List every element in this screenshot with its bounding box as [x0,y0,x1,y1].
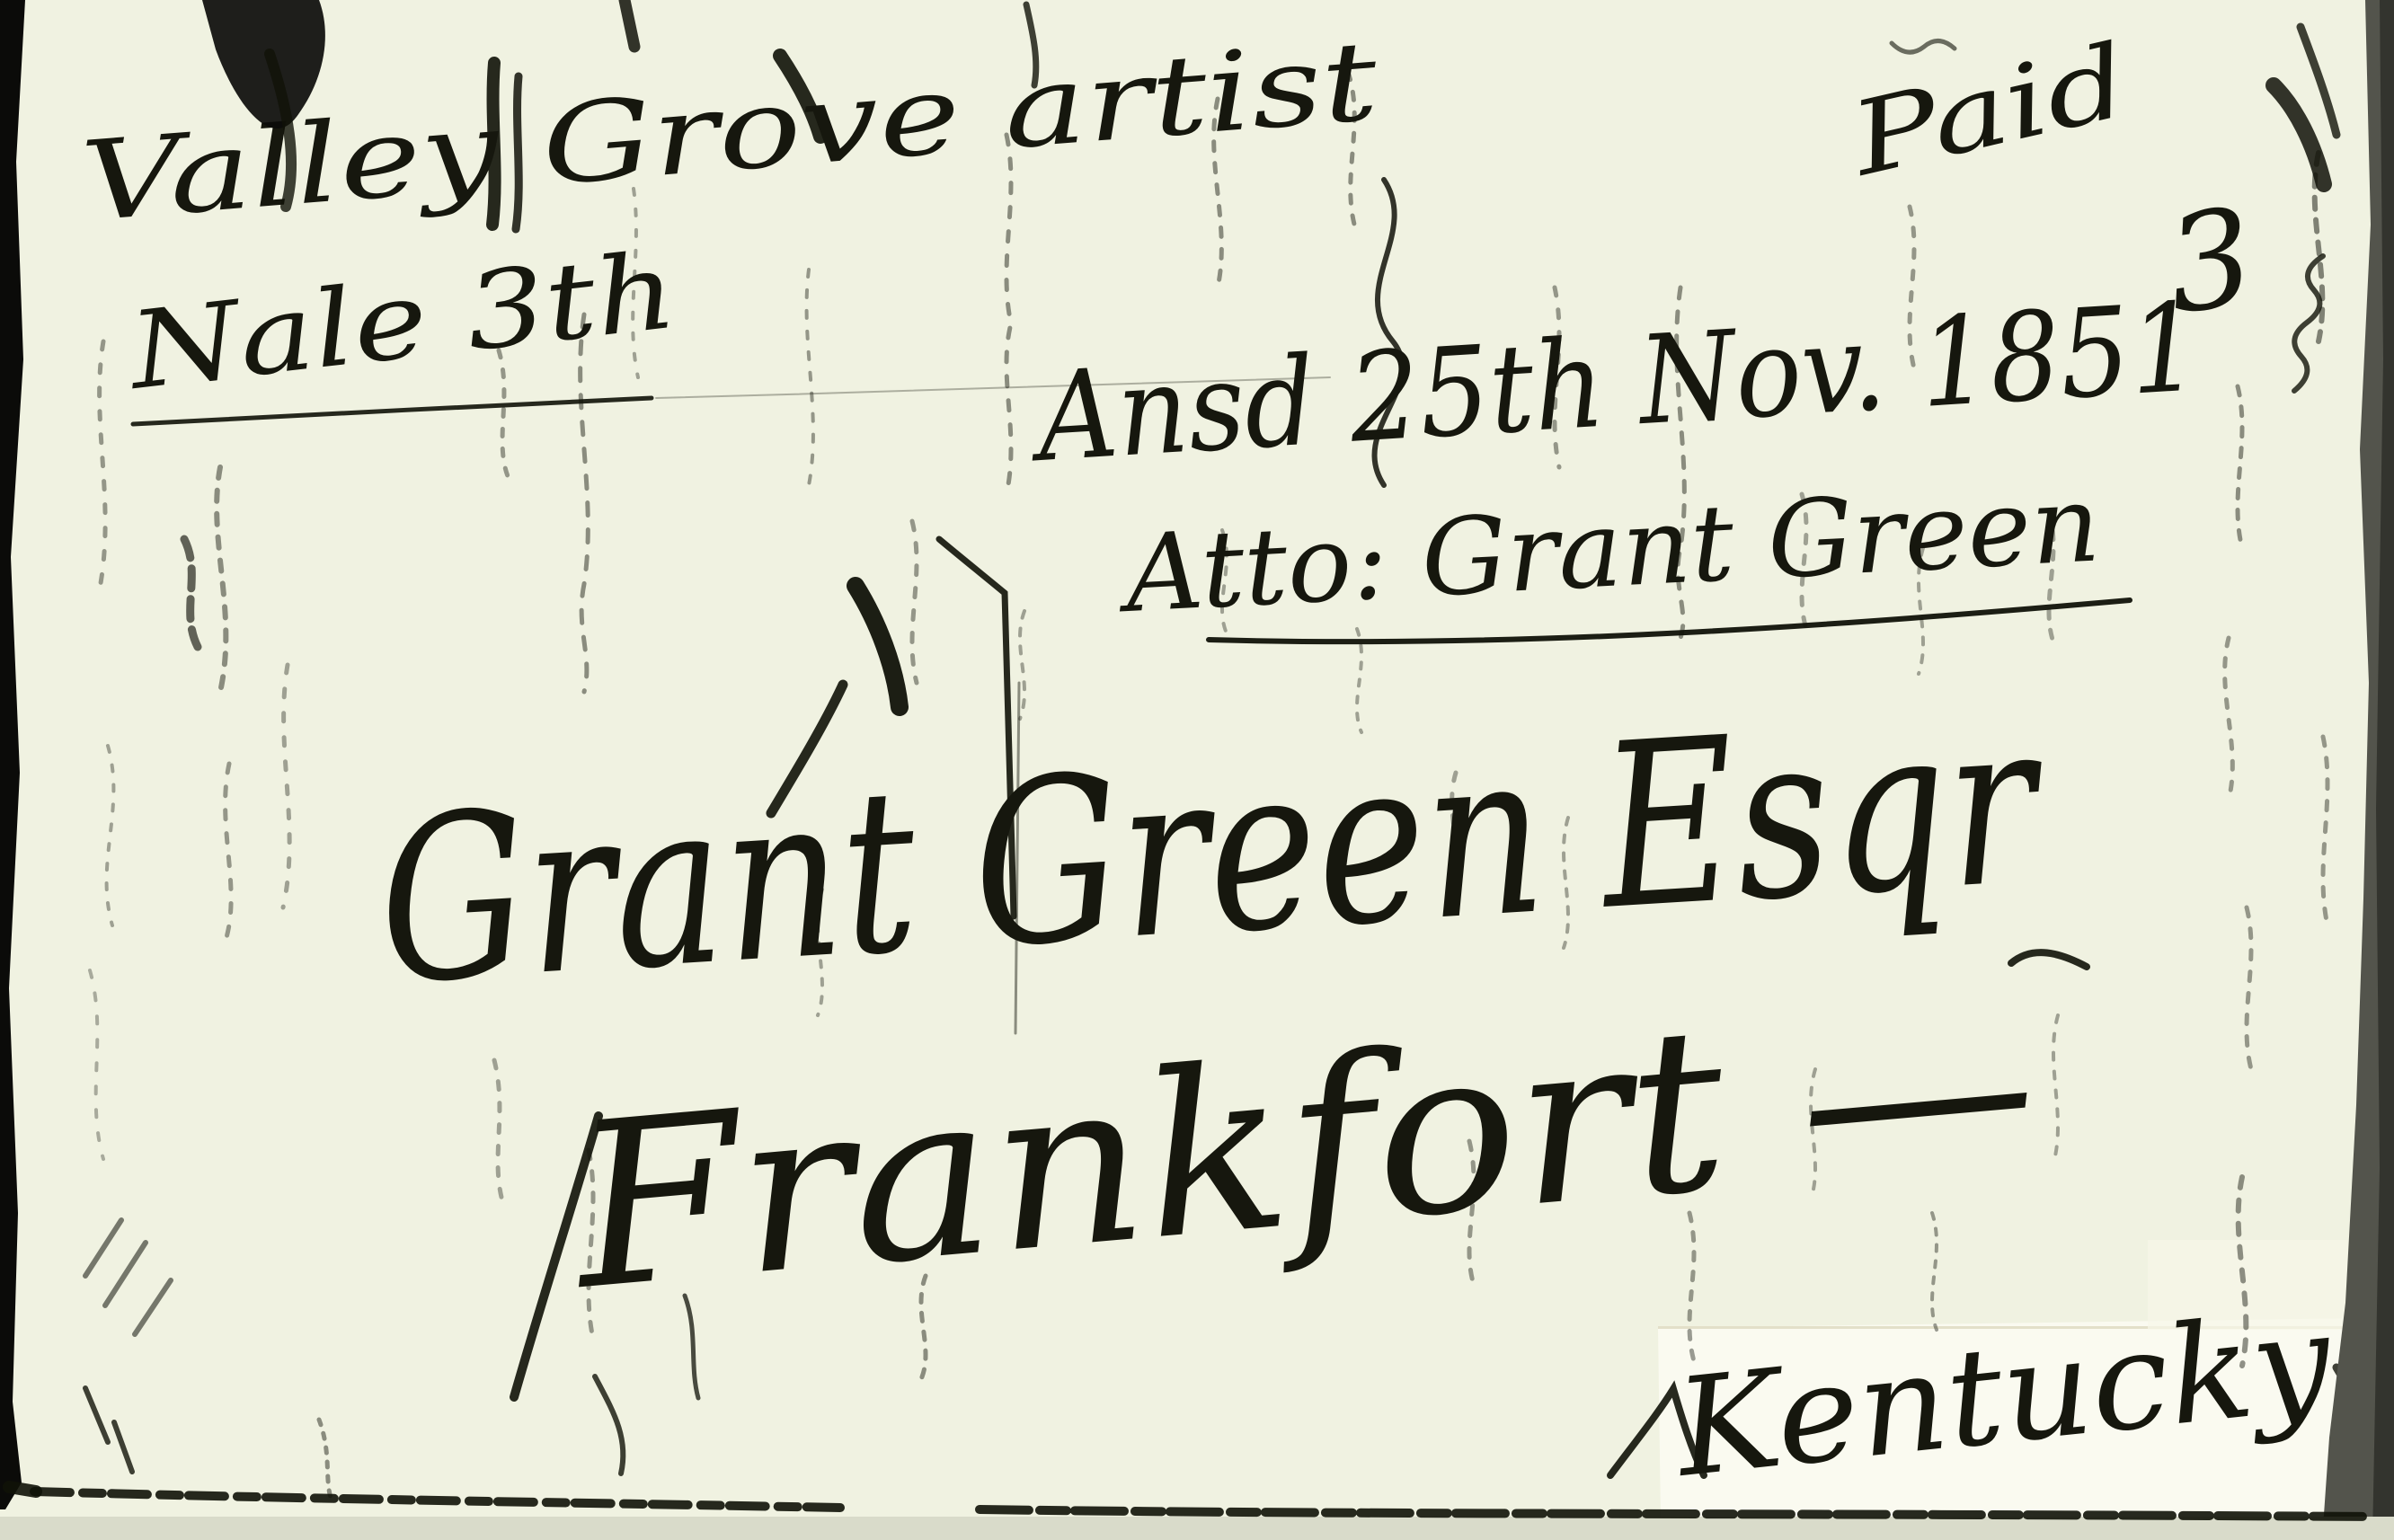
document-svg: Valley Grove artist Nale 3th Paid 3 Ansd… [0,0,2394,1540]
scanned-document-page: Valley Grove artist Nale 3th Paid 3 Ansd… [0,0,2394,1540]
bottom-left-corner-foot [9,1487,36,1491]
bottom-scan-gray [0,1517,2394,1540]
